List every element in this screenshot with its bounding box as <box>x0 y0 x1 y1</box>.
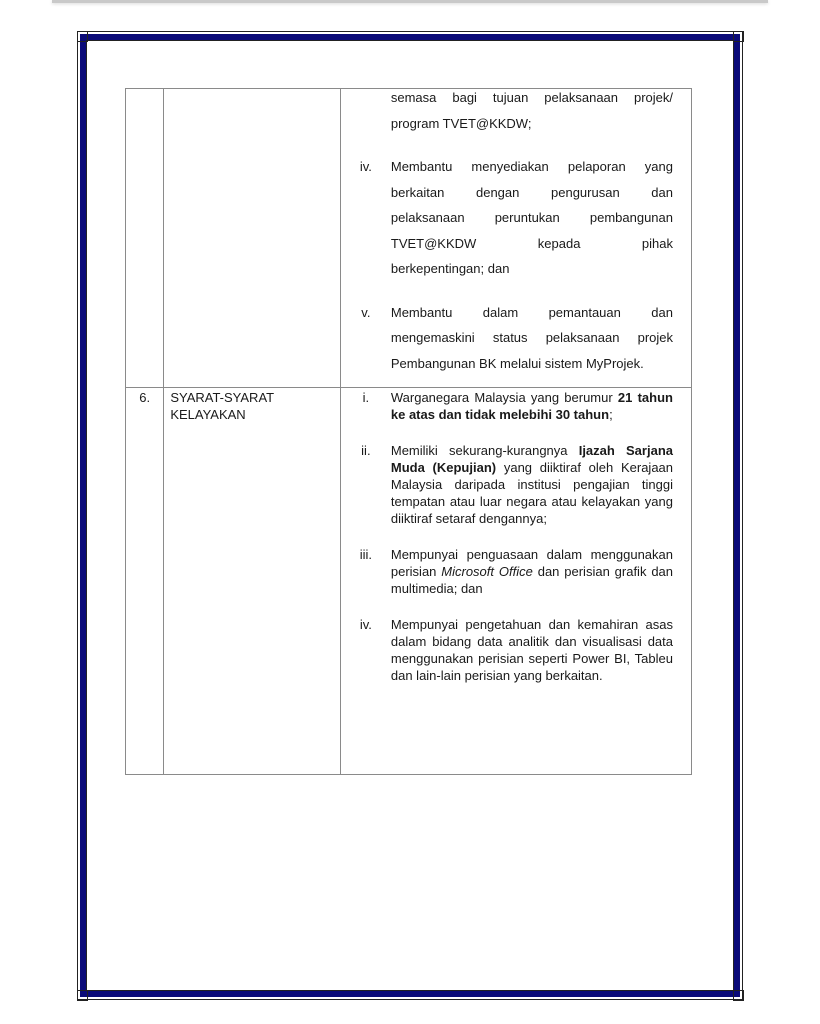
list-item: i. Warganegara Malaysia yang berumur 21 … <box>341 389 691 423</box>
border-corner-ornament <box>733 31 744 42</box>
row-number-cell <box>126 89 164 388</box>
list-item: semasa bagi tujuan pelaksanaan projek/ p… <box>341 85 691 136</box>
border-corner-ornament <box>77 990 88 1001</box>
item-numeral: v. <box>341 300 391 377</box>
list-item: iii. Mempunyai penguasaan dalam mengguna… <box>341 546 691 597</box>
list-item: ii. Memiliki sekurang-kurangnya Ijazah S… <box>341 442 691 527</box>
border-corner-ornament <box>77 31 88 42</box>
row-title-line: SYARAT-SYARAT <box>170 389 340 406</box>
item-text: semasa bagi tujuan pelaksanaan projek/ p… <box>391 85 673 136</box>
item-numeral: i. <box>341 389 391 423</box>
list-item: iv. Mempunyai pengetahuan dan kemahiran … <box>341 616 691 684</box>
row-description-cell: semasa bagi tujuan pelaksanaan projek/ p… <box>340 89 691 388</box>
item-text: Membantu menyediakan pelaporan yang berk… <box>391 154 673 282</box>
row-description-cell: i. Warganegara Malaysia yang berumur 21 … <box>340 388 691 775</box>
row-title-line: KELAYAKAN <box>170 406 340 423</box>
item-text: Warganegara Malaysia yang berumur 21 tah… <box>391 389 673 423</box>
table-row-6: 6. SYARAT-SYARAT KELAYAKAN i. Warganegar… <box>126 388 692 775</box>
item-text: Mempunyai penguasaan dalam menggunakan p… <box>391 546 673 597</box>
requirements-table: semasa bagi tujuan pelaksanaan projek/ p… <box>125 88 692 775</box>
item-numeral <box>341 85 391 136</box>
viewer-top-edge <box>52 0 768 3</box>
item-numeral: iii. <box>341 546 391 597</box>
list-item: v. Membantu dalam pemantauan dan mengema… <box>341 300 691 377</box>
item-text: Mempunyai pengetahuan dan kemahiran asas… <box>391 616 673 684</box>
item-text: Memiliki sekurang-kurangnya Ijazah Sarja… <box>391 442 673 527</box>
list-item: iv. Membantu menyediakan pelaporan yang … <box>341 154 691 282</box>
item-text: Membantu dalam pemantauan dan mengemaski… <box>391 300 673 377</box>
row-title-cell: SYARAT-SYARAT KELAYAKAN <box>164 388 341 775</box>
item-numeral: iv. <box>341 616 391 684</box>
item-numeral: iv. <box>341 154 391 282</box>
border-corner-ornament <box>733 990 744 1001</box>
row-number-cell: 6. <box>126 388 164 775</box>
item-numeral: ii. <box>341 442 391 527</box>
row-title-cell <box>164 89 341 388</box>
table-row-continued: semasa bagi tujuan pelaksanaan projek/ p… <box>126 89 692 388</box>
